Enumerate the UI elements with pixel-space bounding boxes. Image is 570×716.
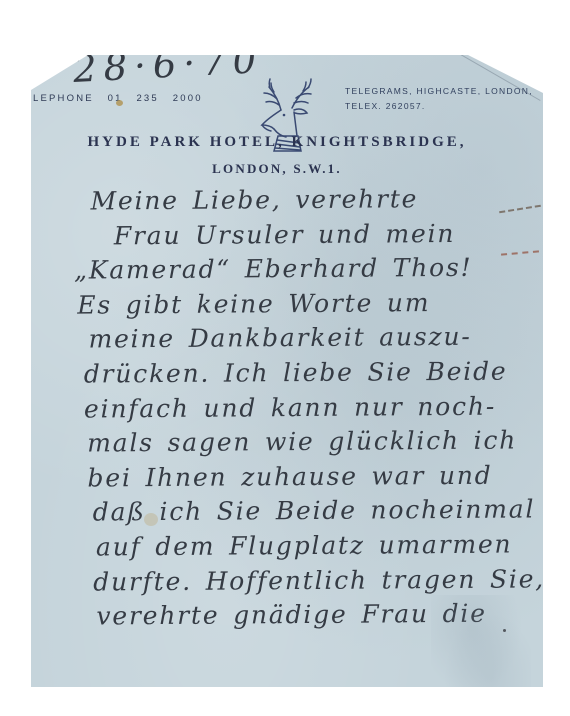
handwriting-line: auf dem Flugplatz umarmen	[96, 527, 542, 565]
hotel-city-line: LONDON, S.W.1.	[31, 161, 523, 177]
handwriting-line: einfach und kann nur noch-	[84, 389, 541, 427]
handwriting-line: bei Ihnen zuhause war und	[87, 458, 541, 496]
handwriting-line: daß ich Sie Beide nocheinmal	[93, 493, 542, 531]
show-through-smudge	[431, 595, 531, 705]
handwritten-letter-body: Meine Liebe, verehrte Frau Ursuler und m…	[69, 181, 542, 634]
stain-spot	[144, 513, 158, 526]
handwriting-line: „Kamerad“ Eberhard Thos!	[74, 251, 540, 289]
hotel-name-line: HYDE PARK HOTEL, KNIGHTSBRIDGE,	[31, 134, 523, 151]
handwriting-line: Frau Ursuler und mein	[114, 216, 540, 254]
telegrams-line: TELEGRAMS, HIGHCASTE, LONDON,	[345, 84, 533, 99]
scan-background: { "letterhead": { "phone_line": "LEPHONE…	[0, 0, 570, 716]
handwriting-line: Es gibt keine Worte um	[77, 285, 540, 323]
stain-spot	[116, 100, 123, 106]
handwriting-line: mals sagen wie glücklich ich	[87, 424, 541, 462]
letter-paper: LEPHONE 01 235 2000 TELEGRAMS, HIGHCASTE…	[31, 55, 543, 687]
letterhead-telegrams-block: TELEGRAMS, HIGHCASTE, LONDON, TELEX. 262…	[345, 84, 533, 114]
handwritten-date: 28·6·70	[72, 38, 264, 91]
telex-line: TELEX. 262057.	[345, 99, 533, 114]
handwriting-line: durfte. Hoffentlich tragen Sie,	[93, 562, 542, 600]
handwriting-line: Meine Liebe, verehrte	[90, 181, 539, 219]
handwriting-line: drücken. Ich liebe Sie Beide	[84, 354, 541, 392]
handwriting-line: meine Dankbarkeit auszu-	[88, 320, 540, 358]
